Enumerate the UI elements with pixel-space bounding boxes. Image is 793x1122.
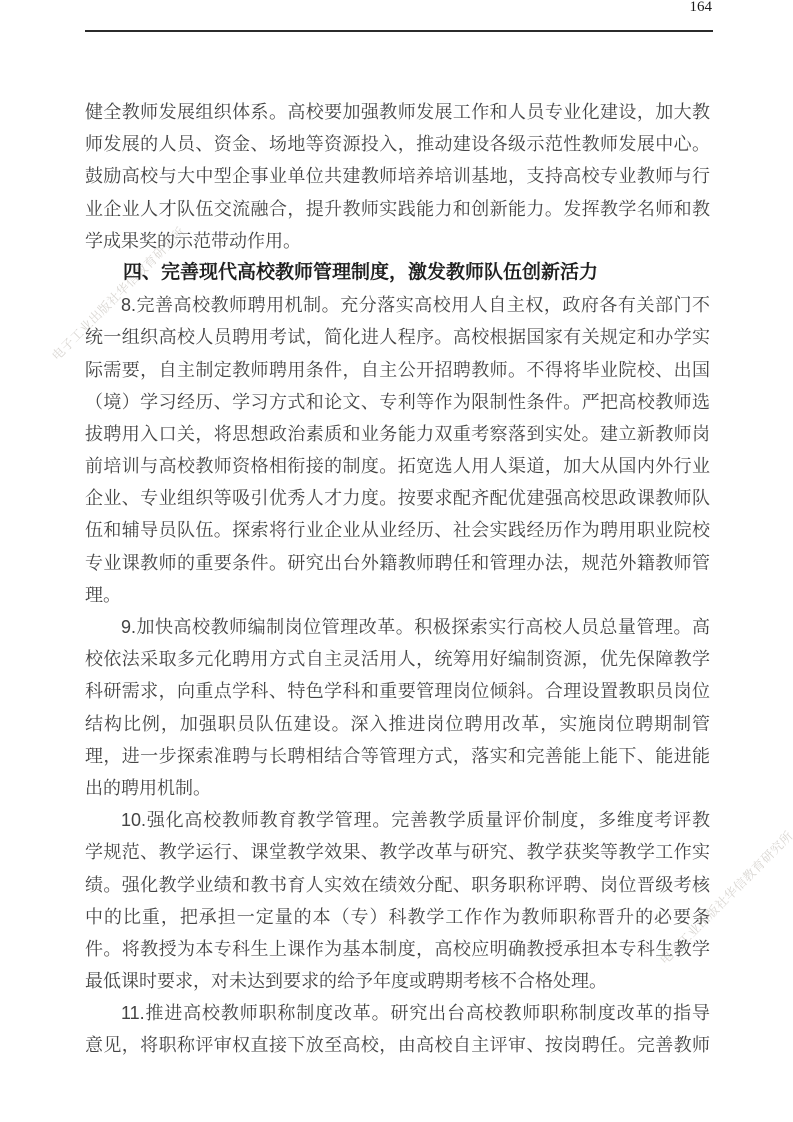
text-line: 学成果奖的示范带动作用。 — [85, 225, 710, 257]
document-body: 健全教师发展组织体系。高校要加强教师发展工作和人员专业化建设，加大教师发展的人员… — [85, 96, 710, 1062]
text-line: 科研需求，向重点学科、特色学科和重要管理岗位倾斜。合理设置教职员岗位 — [85, 675, 710, 707]
text-line: 结构比例，加强职员队伍建设。深入推进岗位聘用改革，实施岗位聘期制管 — [85, 708, 710, 740]
text-line: 健全教师发展组织体系。高校要加强教师发展工作和人员专业化建设，加大教 — [85, 96, 710, 128]
text-line: 件。将教授为本专科生上课作为基本制度，高校应明确教授承担本专科生教学 — [85, 933, 710, 965]
text-line: 拔聘用入口关，将思想政治素质和业务能力双重考察落到实处。建立新教师岗 — [85, 418, 710, 450]
text-line: 伍和辅导员队伍。探索将行业企业从业经历、社会实践经历作为聘用职业院校 — [85, 514, 710, 546]
text-line: 理，进一步探索准聘与长聘相结合等管理方式，落实和完善能上能下、能进能 — [85, 740, 710, 772]
text-line: 学规范、教学运行、课堂教学效果、教学改革与研究、教学获奖等教学工作实 — [85, 836, 710, 868]
text-line: 9.加快高校教师编制岗位管理改革。积极探索实行高校人员总量管理。高 — [85, 611, 710, 643]
text-line: 业企业人才队伍交流融合，提升教师实践能力和创新能力。发挥教学名师和教 — [85, 193, 710, 225]
text-line: 校依法采取多元化聘用方式自主灵活用人，统筹用好编制资源，优先保障教学 — [85, 643, 710, 675]
text-line: 绩。强化教学业绩和教书育人实效在绩效分配、职务职称评聘、岗位晋级考核 — [85, 869, 710, 901]
text-line: 企业、专业组织等吸引优秀人才力度。按要求配齐配优建强高校思政课教师队 — [85, 482, 710, 514]
text-line: 最低课时要求，对未达到要求的给予年度或聘期考核不合格处理。 — [85, 965, 710, 997]
document-page: 164 电子工业出版社华信教育研究所 电子工业出版社华信教育研究所 健全教师发展… — [0, 0, 793, 1122]
text-line: 中的比重，把承担一定量的本（专）科教学工作作为教师职称晋升的必要条 — [85, 901, 710, 933]
text-line: 8.完善高校教师聘用机制。充分落实高校用人自主权，政府各有关部门不 — [85, 289, 710, 321]
text-line: 前培训与高校教师资格相衔接的制度。拓宽选人用人渠道，加大从国内外行业 — [85, 450, 710, 482]
header-rule — [85, 30, 713, 32]
text-line: 鼓励高校与大中型企事业单位共建教师培养培训基地，支持高校专业教师与行 — [85, 160, 710, 192]
text-line: 统一组织高校人员聘用考试，简化进人程序。高校根据国家有关规定和办学实 — [85, 321, 710, 353]
page-number: 164 — [690, 0, 713, 16]
text-line: 专业课教师的重要条件。研究出台外籍教师聘任和管理办法，规范外籍教师管 — [85, 547, 710, 579]
text-line: 师发展的人员、资金、场地等资源投入，推动建设各级示范性教师发展中心。 — [85, 128, 710, 160]
text-line: （境）学习经历、学习方式和论文、专利等作为限制性条件。严把高校教师选 — [85, 386, 710, 418]
section-heading: 四、完善现代高校教师管理制度，激发教师队伍创新活力 — [85, 257, 710, 289]
text-line: 理。 — [85, 579, 710, 611]
text-line: 11.推进高校教师职称制度改革。研究出台高校教师职称制度改革的指导 — [85, 997, 710, 1029]
text-line: 际需要，自主制定教师聘用条件，自主公开招聘教师。不得将毕业院校、出国 — [85, 354, 710, 386]
text-line: 意见，将职称评审权直接下放至高校，由高校自主评审、按岗聘任。完善教师 — [85, 1029, 710, 1061]
text-line: 出的聘用机制。 — [85, 772, 710, 804]
text-line: 10.强化高校教师教育教学管理。完善教学质量评价制度，多维度考评教 — [85, 804, 710, 836]
